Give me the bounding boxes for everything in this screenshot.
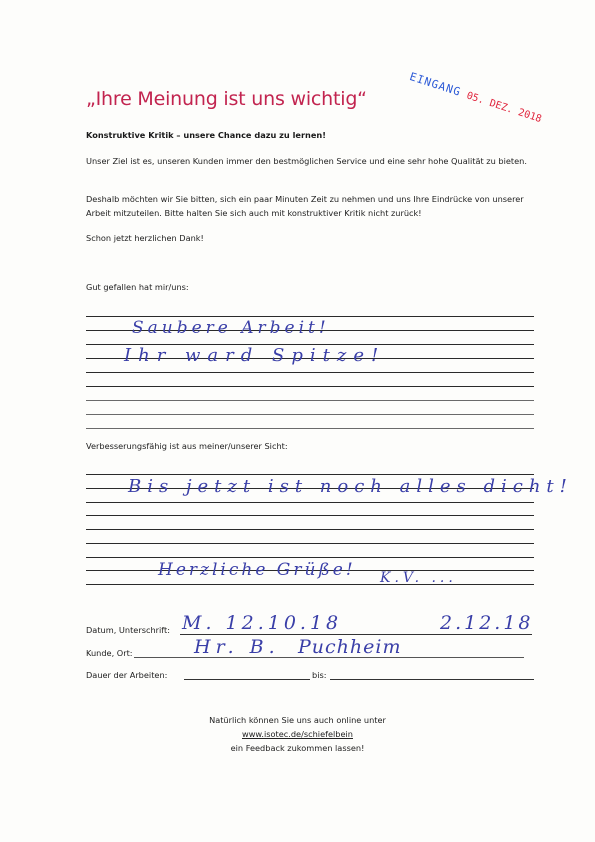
subtitle: Konstruktive Kritik – unsere Chance dazu… xyxy=(86,130,326,140)
writing-line xyxy=(86,502,534,503)
customer-location-value-2[interactable]: Puchheim xyxy=(298,636,401,658)
date-signature-value-2[interactable]: 2.12.18 xyxy=(440,612,534,634)
date-signature-value[interactable]: M. 12.10.18 xyxy=(182,612,342,634)
handwritten-text: Herzliche Grüße! xyxy=(158,560,356,580)
date-signature-label: Datum, Unterschrift: xyxy=(86,625,170,635)
page-title: „Ihre Meinung ist uns wichtig“ xyxy=(86,88,367,110)
duration-line[interactable] xyxy=(184,679,310,680)
writing-line xyxy=(86,372,534,373)
handwritten-text: K.V. ... xyxy=(380,570,457,586)
writing-line xyxy=(86,543,534,544)
until-label: bis: xyxy=(312,670,327,680)
improvement-label: Verbesserungsfähig ist aus meiner/unsere… xyxy=(86,441,288,451)
writing-line xyxy=(86,400,534,401)
intro-thanks: Schon jetzt herzlichen Dank! xyxy=(86,232,546,246)
footer: Natürlich können Sie uns auch online unt… xyxy=(0,713,595,755)
writing-line xyxy=(86,474,534,475)
intro-paragraph-1: Unser Ziel ist es, unseren Kunden immer … xyxy=(86,155,546,169)
writing-line xyxy=(86,515,534,516)
handwritten-text: Bis jetzt ist noch alles dicht! xyxy=(128,476,573,497)
until-line[interactable] xyxy=(330,679,534,680)
writing-line xyxy=(86,386,534,387)
footer-line-1: Natürlich können Sie uns auch online unt… xyxy=(0,713,595,727)
handwritten-text: Ihr ward Spitze! xyxy=(124,345,385,366)
stamp-date: 05. DEZ. 2018 xyxy=(465,90,543,125)
stamp-label: EINGANG xyxy=(408,70,463,99)
positive-feedback-label: Gut gefallen hat mir/uns: xyxy=(86,282,189,292)
writing-line xyxy=(86,316,534,317)
footer-line-3: ein Feedback zukommen lassen! xyxy=(0,741,595,755)
customer-location-label: Kunde, Ort: xyxy=(86,648,133,658)
date-signature-line xyxy=(180,634,532,635)
writing-line xyxy=(86,428,534,429)
received-stamp: EINGANG 05. DEZ. 2018 xyxy=(408,70,544,125)
writing-line xyxy=(86,529,534,530)
writing-line xyxy=(86,414,534,415)
feedback-link[interactable]: www.isotec.de/schiefelbein xyxy=(242,729,353,739)
writing-line xyxy=(86,557,534,558)
handwritten-text: Saubere Arbeit! xyxy=(132,318,330,338)
duration-label: Dauer der Arbeiten: xyxy=(86,670,167,680)
intro-paragraph-2: Deshalb möchten wir Sie bitten, sich ein… xyxy=(86,193,546,220)
customer-location-value[interactable]: Hr. B. xyxy=(194,636,280,658)
writing-line xyxy=(86,584,534,585)
